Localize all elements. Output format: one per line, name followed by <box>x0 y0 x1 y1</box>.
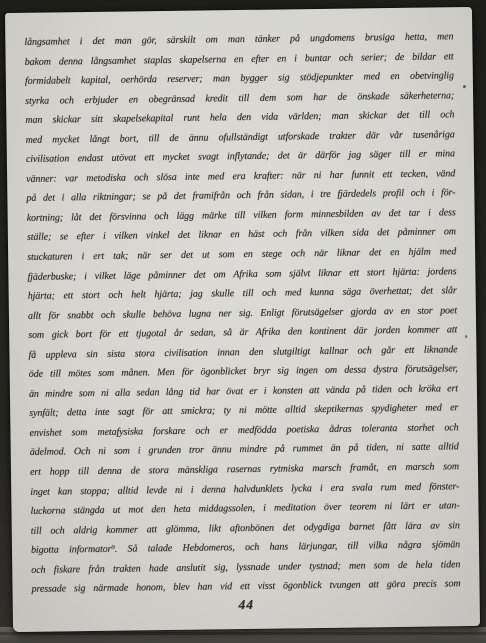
ink-speck <box>465 335 467 338</box>
scanned-page-photo: långsamhet i det man gör, särskilt om ma… <box>0 0 486 643</box>
page-text: långsamhet i det man gör, särskilt om ma… <box>24 27 460 599</box>
ink-speck <box>463 85 466 88</box>
book-page: långsamhet i det man gör, särskilt om ma… <box>5 7 480 632</box>
scanner-bed-line <box>0 632 486 635</box>
